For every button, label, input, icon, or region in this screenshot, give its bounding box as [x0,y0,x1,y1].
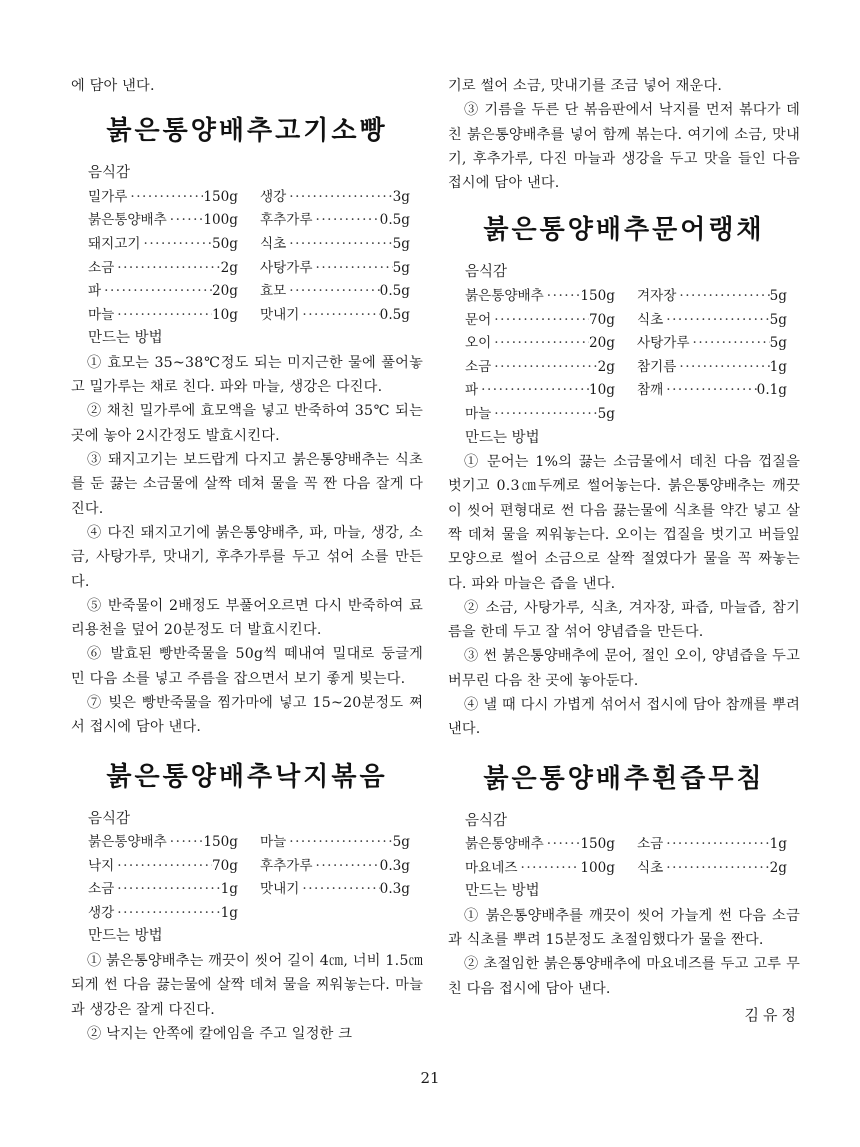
recipe-white-sauce-salad: 붉은통양배추흰즙무침 음식감 붉은통양배추150g 소금1g 마요네즈100g … [448,762,800,1027]
ingredient-item: 사탕가루5g [260,257,410,281]
method-step: ① 붉은통양배추를 깨끗이 씻어 가늘게 썬 다음 소금과 식초를 뿌려 15분… [448,904,800,953]
ingredients-list: 붉은통양배추150g 소금1g 마요네즈100g 식초2g [465,833,800,880]
ingredient-item: 맛내기0.3g [260,878,410,902]
method-step: ① 붉은통양배추는 깨끗이 씻어 길이 4㎝, 너비 1.5㎝ 되게 썬 다음 … [71,949,423,1022]
continuation-text: 에 담아 낸다. [71,74,423,98]
recipe-title: 붉은통양배추낙지볶음 [71,760,423,794]
ingredient-item: 소금1g [88,878,238,902]
recipe-octopus-salad: 붉은통양배추문어랭채 음식감 붉은통양배추150g 겨자장5g 문어70g 식초… [448,213,800,741]
ingredient-item: 마요네즈100g [465,857,615,881]
method-step: ⑥ 발효된 빵반죽물을 50g씩 떼내여 밀대로 둥글게 민 다음 소를 넣고 … [71,642,423,691]
left-column: 에 담아 낸다. 붉은통양배추고기소빵 음식감 밀가루150g 생강3g 붉은통… [71,74,423,1046]
recipe-title: 붉은통양배추고기소빵 [71,114,423,148]
ingredient-item: 파10g [465,379,615,403]
method-heading: 만드는 방법 [465,880,800,904]
ingredient-item: 맛내기0.5g [260,304,410,328]
ingredients-heading: 음식감 [88,808,423,832]
ingredient-item: 파20g [88,280,238,304]
ingredients-heading: 음식감 [88,162,423,186]
right-column: 기로 썰어 소금, 맛내기를 조금 넣어 재운다. ③ 기름을 두른 단 볶음판… [448,74,800,1027]
recipe-octopus-stirfry: 붉은통양배추낙지볶음 음식감 붉은통양배추150g 마늘5g 낙지70g 후추가… [71,760,423,1047]
ingredient-item: 붉은통양배추150g [88,831,238,855]
ingredient-item: 참깨0.1g [637,379,787,403]
ingredient-item: 후추가루0.3g [260,855,410,879]
method-heading: 만드는 방법 [88,925,423,949]
method-step: ② 채친 밀가루에 효모액을 넣고 반죽하여 35℃ 되는 곳에 놓아 2시간정… [71,399,423,448]
ingredient-item: 붉은통양배추100g [88,209,238,233]
ingredient-item: 마늘5g [260,831,410,855]
method-step: ③ 기름을 두른 단 볶음판에서 낙지를 먼저 볶다가 데친 붉은통양배추를 넣… [448,98,800,195]
ingredients-list: 붉은통양배추150g 마늘5g 낙지70g 후추가루0.3g 소금1g 맛내기0… [88,831,423,925]
ingredient-item: 붉은통양배추150g [465,285,615,309]
method-heading: 만드는 방법 [88,327,423,351]
ingredient-item: 오이20g [465,332,615,356]
ingredients-heading: 음식감 [465,810,800,834]
method-step: ⑤ 반죽물이 2배정도 부풀어오르면 다시 반죽하여 료리용천을 덮어 20분정… [71,594,423,643]
method-step: ② 초절임한 붉은통양배추에 마요네즈를 두고 고루 무친 다음 접시에 담아 … [448,952,800,1001]
ingredient-item: 사탕가루5g [637,332,787,356]
recipe-bread: 붉은통양배추고기소빵 음식감 밀가루150g 생강3g 붉은통양배추100g 후… [71,114,423,739]
method-step: ② 낙지는 안쪽에 칼에임을 주고 일정한 크 [71,1022,423,1046]
ingredient-item: 소금2g [465,356,615,380]
ingredients-list: 밀가루150g 생강3g 붉은통양배추100g 후추가루0.5g 돼지고기50g… [88,186,423,328]
method-step: ③ 썬 붉은통양배추에 문어, 절인 오이, 양념즙을 두고 버무린 다음 찬 … [448,644,800,693]
ingredient-item: 낙지70g [88,855,238,879]
method-step: ④ 낼 때 다시 가볍게 섞어서 접시에 담아 참깨를 뿌려 낸다. [448,693,800,742]
ingredient-item: 식초5g [260,233,410,257]
method-heading: 만드는 방법 [465,427,800,451]
method-step: ⑦ 빚은 빵반죽물을 찜가마에 넣고 15~20분정도 쪄서 접시에 담아 낸다… [71,691,423,740]
method-step: ④ 다진 돼지고기에 붉은통양배추, 파, 마늘, 생강, 소금, 사탕가루, … [71,521,423,594]
recipe-title: 붉은통양배추흰즙무침 [448,762,800,796]
ingredient-item: 생강1g [88,902,238,926]
ingredient-item: 효모0.5g [260,280,410,304]
ingredient-item: 밀가루150g [88,186,238,210]
page-number: 21 [0,1069,860,1087]
ingredient-item: 식초5g [637,309,787,333]
ingredient-item: 소금2g [88,257,238,281]
method-step: ① 문어는 1%의 끓는 소금물에서 데친 다음 껍질을 벗기고 0.3㎝두께로… [448,450,800,596]
ingredient-item: 붉은통양배추150g [465,833,615,857]
ingredient-item: 마늘10g [88,304,238,328]
ingredient-item: 문어70g [465,309,615,333]
method-step: ① 효모는 35~38℃정도 되는 미지근한 물에 풀어놓고 밀가루는 채로 친… [71,351,423,400]
method-step: ② 소금, 사탕가루, 식초, 겨자장, 파즙, 마늘즙, 참기름을 한데 두고… [448,596,800,645]
ingredient-item: 겨자장5g [637,285,787,309]
ingredient-item: 식초2g [637,857,787,881]
ingredient-item: 후추가루0.5g [260,209,410,233]
ingredients-heading: 음식감 [465,261,800,285]
recipe-title: 붉은통양배추문어랭채 [448,213,800,247]
ingredient-item: 생강3g [260,186,410,210]
ingredient-item: 소금1g [637,833,787,857]
ingredient-item: 참기름1g [637,356,787,380]
author-name: 김유정 [448,1003,800,1027]
ingredients-list: 붉은통양배추150g 겨자장5g 문어70g 식초5g 오이20g 사탕가루5g… [465,285,800,427]
ingredient-item: 마늘5g [465,403,615,427]
ingredient-item: 돼지고기50g [88,233,238,257]
method-step: ③ 돼지고기는 보드랍게 다지고 붉은통양배추는 식초를 둔 끓는 소금물에 살… [71,448,423,521]
method-step-continued: 기로 썰어 소금, 맛내기를 조금 넣어 재운다. [448,74,800,98]
